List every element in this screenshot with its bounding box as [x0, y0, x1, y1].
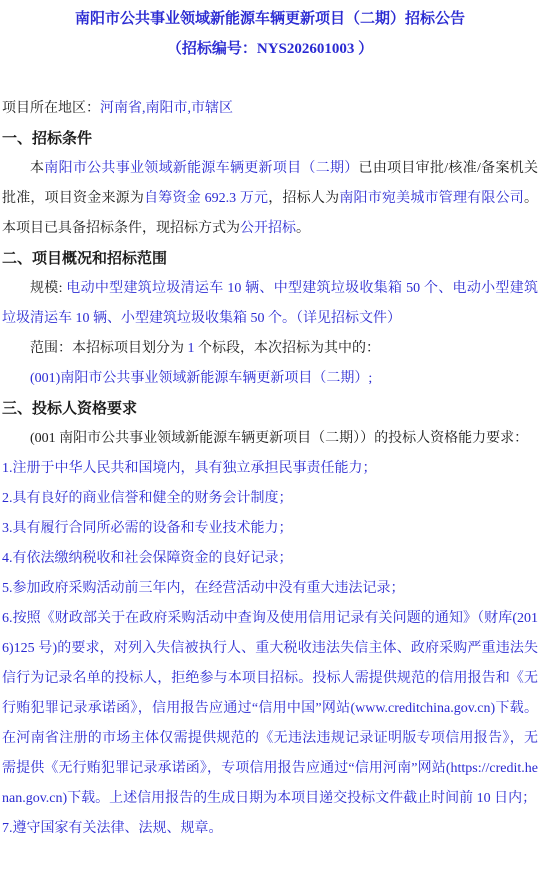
qualification-intro: (001 南阳市公共事业领域新能源车辆更新项目（二期））的投标人资格能力要求： [2, 424, 538, 454]
requirement-item-7: 7.遵守国家有关法律、法规、规章。 [2, 814, 538, 844]
requirement-item-4: 4.有依法缴纳税收和社会保障资金的良好记录； [2, 544, 538, 574]
spacer [2, 64, 538, 94]
scope-line: 范围：本招标项目划分为 1 个标段，本次招标为其中的： [2, 334, 538, 364]
scale-line: 规模: 电动中型建筑垃圾清运车 10 辆、中型建筑垃圾收集箱 50 个、电动小型… [2, 274, 538, 334]
section-1-paragraph: 本南阳市公共事业领域新能源车辆更新项目（二期）已由项目审批/核准/备案机关批准，… [2, 154, 538, 244]
requirement-item-5: 5.参加政府采购活动前三年内，在经营活动中没有重大违法记录； [2, 574, 538, 604]
lot-line: (001)南阳市公共事业领域新能源车辆更新项目（二期）; [2, 364, 538, 394]
text-segment: 自筹资金 692.3 万元 [144, 191, 268, 206]
tender-number: （招标编号：NYS202601003 ） [2, 34, 538, 64]
text-segment: 规模: [30, 281, 66, 296]
project-location-line: 项目所在地区：河南省,南阳市,市辖区 [2, 94, 538, 124]
requirement-item-1: 1.注册于中华人民共和国境内，具有独立承担民事责任能力； [2, 454, 538, 484]
tender-announcement-document: 南阳市公共事业领域新能源车辆更新项目（二期）招标公告 （招标编号：NYS2026… [0, 0, 540, 844]
requirements-list: 1.注册于中华人民共和国境内，具有独立承担民事责任能力； 2.具有良好的商业信誉… [2, 454, 538, 844]
requirement-item-6: 6.按照《财政部关于在政府采购活动中查询及使用信用记录有关问题的通知》（财库(2… [2, 604, 538, 814]
text-segment: 公开招标 [240, 221, 296, 236]
text-segment: 1 [188, 341, 195, 356]
location-value: 河南省,南阳市,市辖区 [100, 101, 233, 116]
text-segment: 本 [30, 161, 44, 176]
text-segment: ，招标人为 [268, 191, 339, 206]
requirement-item-3: 3.具有履行合同所必需的设备和专业技术能力； [2, 514, 538, 544]
section-1-heading: 一、招标条件 [2, 124, 538, 154]
location-label: 项目所在地区： [2, 101, 100, 116]
page-title: 南阳市公共事业领域新能源车辆更新项目（二期）招标公告 [2, 4, 538, 34]
section-2-heading: 二、项目概况和招标范围 [2, 244, 538, 274]
text-segment: 南阳市宛美城市管理有限公司 [339, 191, 524, 206]
section-3-heading: 三、投标人资格要求 [2, 394, 538, 424]
text-segment: 。 [296, 221, 310, 236]
text-segment: 范围：本招标项目划分为 [30, 341, 188, 356]
requirement-item-2: 2.具有良好的商业信誉和健全的财务会计制度； [2, 484, 538, 514]
text-segment: 南阳市公共事业领域新能源车辆更新项目（二期） [44, 161, 358, 176]
text-segment: 电动中型建筑垃圾清运车 10 辆、中型建筑垃圾收集箱 50 个、电动小型建筑垃圾… [2, 281, 538, 326]
text-segment: 个标段，本次招标为其中的： [195, 341, 381, 356]
